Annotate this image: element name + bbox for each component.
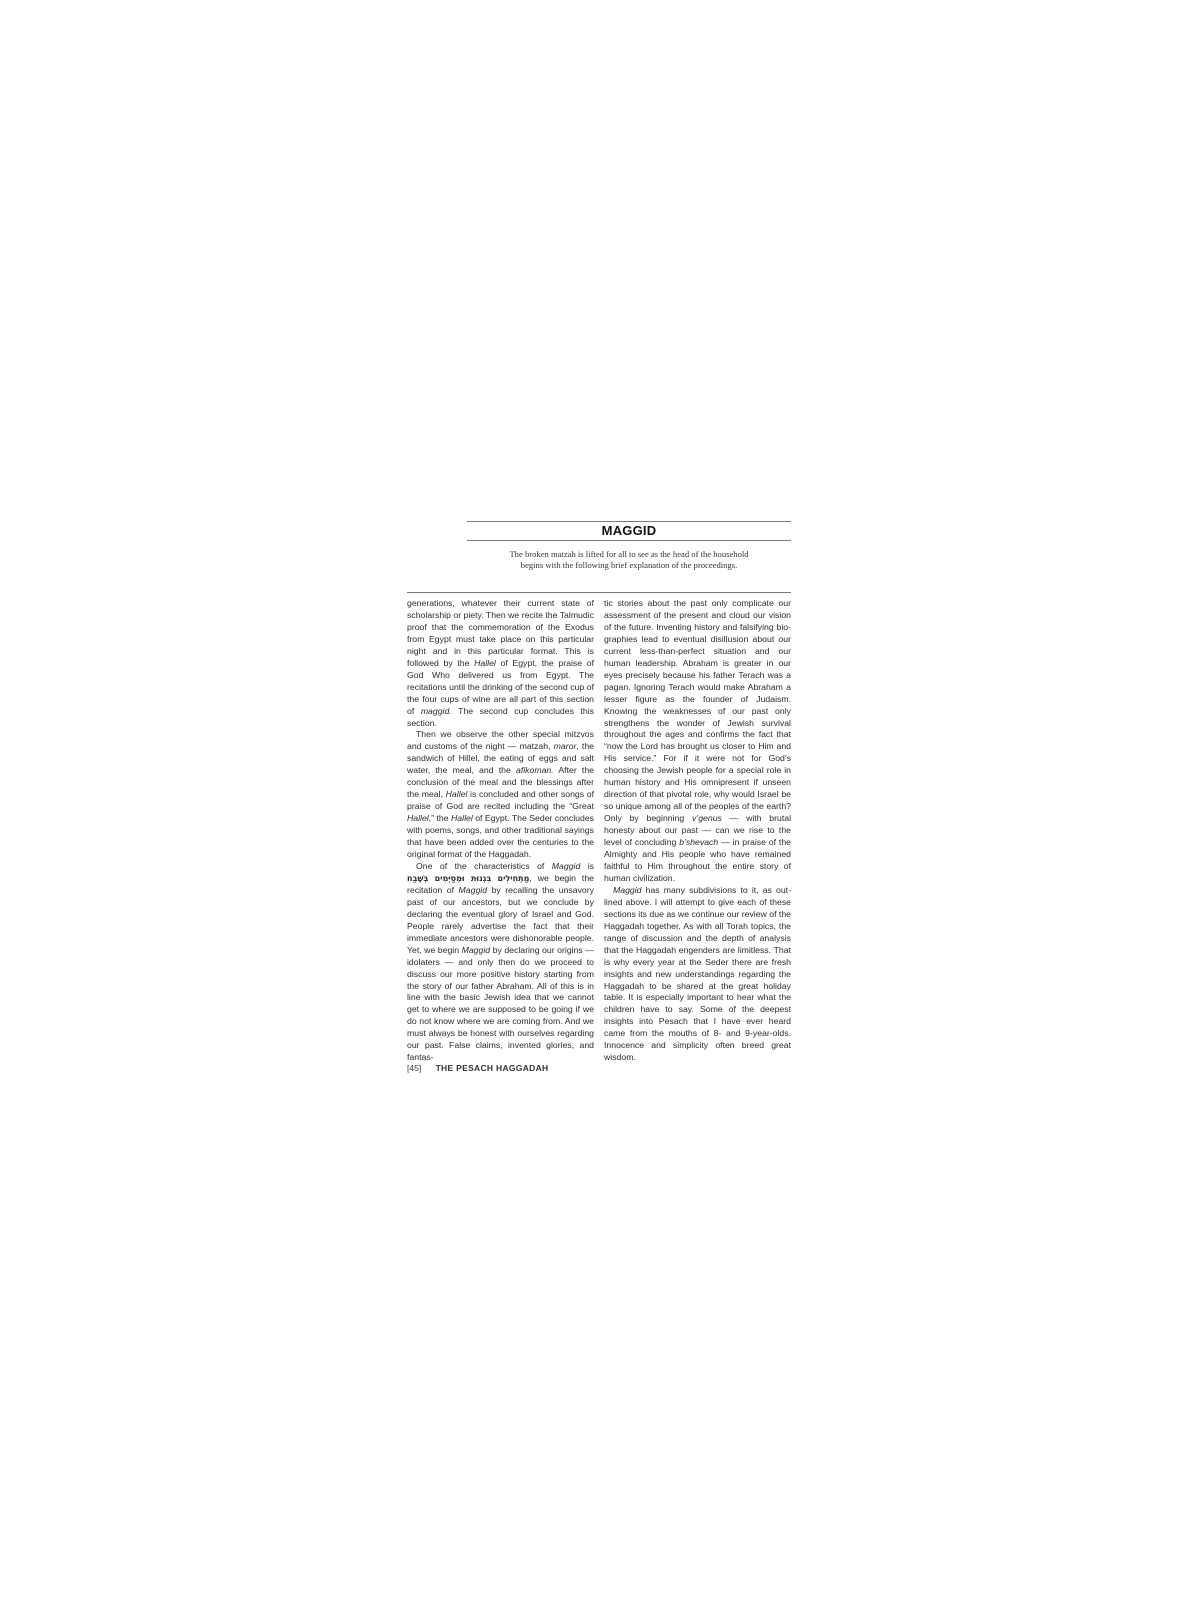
paragraph: generations, whatever their current stat… bbox=[407, 598, 594, 729]
text-columns: generations, whatever their current stat… bbox=[407, 598, 791, 1064]
paragraph: Then we observe the other special mitzvo… bbox=[407, 729, 594, 860]
left-column: generations, whatever their current stat… bbox=[407, 598, 594, 1064]
header-bottom-rule bbox=[467, 540, 791, 541]
instruction-line-1: The broken matzah is lifted for all to s… bbox=[467, 549, 791, 560]
hebrew-phrase: מַתְחִילִים בִּגְנוּת וּמְסַיְּמִים בְּש… bbox=[407, 874, 529, 883]
page-footer: [45] THE PESACH HAGGADAH bbox=[407, 1063, 548, 1073]
book-title: THE PESACH HAGGADAH bbox=[436, 1063, 549, 1073]
paragraph: One of the characteristics of Maggid is … bbox=[407, 861, 594, 1064]
body-top-rule bbox=[407, 592, 791, 593]
paragraph: Maggid has many subdivisions to it, as o… bbox=[604, 885, 791, 1064]
section-header: MAGGID The broken matzah is lifted for a… bbox=[467, 521, 791, 571]
section-instruction: The broken matzah is lifted for all to s… bbox=[467, 549, 791, 571]
paragraph: tic stories about the past only complica… bbox=[604, 598, 791, 885]
instruction-line-2: begins with the following brief explanat… bbox=[467, 560, 791, 571]
page-number: [45] bbox=[407, 1063, 421, 1073]
right-column: tic stories about the past only complica… bbox=[604, 598, 791, 1064]
section-title: MAGGID bbox=[467, 522, 791, 540]
